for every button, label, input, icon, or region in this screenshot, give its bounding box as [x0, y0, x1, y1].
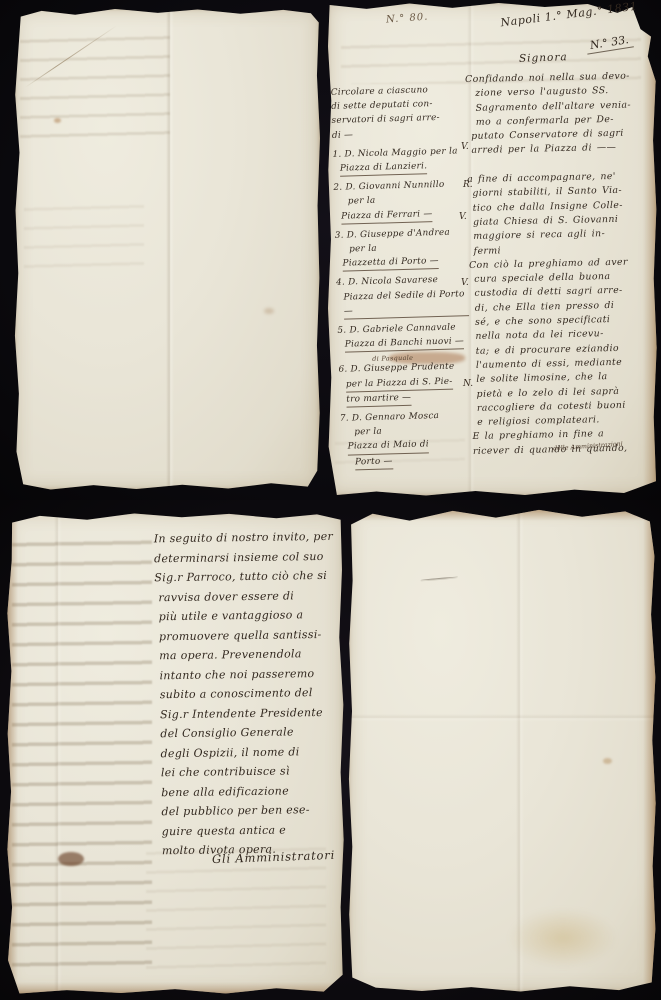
letter-continuation: In seguito di nostro invito, per determi… [154, 527, 345, 861]
manuscript-photographs: N.° 80. Napoli 1.° Mag.° 1831 N.° 33. Ci… [0, 0, 661, 1000]
circular-heading: Circolare a ciascuno di sette deputati c… [331, 82, 465, 142]
deputy-item: 4. D. Nicola Savarese Piazza del Sedile … [336, 273, 469, 320]
corner-fold-crease [25, 25, 117, 87]
piazza-name: Piazza di Banchi nuovi — [345, 335, 465, 354]
piazza-name: Piazza di Maio di [347, 438, 429, 455]
deputy-item: di Pasquale 6. D. Giuseppe Prudente per … [338, 354, 471, 408]
piazza-name: Porto — [355, 454, 393, 470]
foxing-spot [264, 308, 274, 314]
vertical-crease [54, 512, 62, 994]
piazza-name: tro martire — [346, 391, 411, 408]
deputy-item: 3. D. Giuseppe d'Andrea per la Piazzetta… [335, 225, 468, 272]
piazza-name: Piazzetta di Porto — [342, 254, 439, 272]
page-bottom-right-blank [348, 508, 656, 992]
piazza-name: Piazza del Sedile di Porto — [343, 287, 469, 320]
piazza-name: Piazza di Ferrari — [341, 207, 433, 225]
photo-top: N.° 80. Napoli 1.° Mag.° 1831 N.° 33. Ci… [0, 0, 661, 500]
piazza-name: per la Piazza di S. Pie- [346, 374, 453, 392]
bleedthrough-text [24, 198, 144, 278]
gutter-mark: V. [461, 278, 469, 288]
photo-bottom: In seguito di nostro invito, per determi… [0, 500, 661, 1000]
foxing-spot [54, 118, 61, 123]
piazza-name: Piazza di Lanzieri. [340, 159, 428, 177]
letter-body: Confidando noi nella sua devo- zione ver… [465, 69, 661, 459]
deputy-item: 2. D. Giovanni Nunnillo per la Piazza di… [333, 177, 466, 224]
deputy-item: 7. D. Gennaro Mosca per la Piazza di Mai… [340, 408, 474, 470]
edge-browning [643, 508, 656, 992]
bleedthrough-text [12, 532, 152, 972]
deputy-item: 1. D. Nicola Maggio per la Piazza di Lan… [332, 144, 465, 177]
vertical-crease [166, 8, 174, 490]
edge-browning [348, 508, 656, 521]
vertical-crease [516, 508, 524, 992]
yellow-stain [508, 908, 618, 968]
deputy-item: 5. D. Gabriele Cannavale Piazza di Banch… [337, 320, 470, 353]
deputy-list-column: Circolare a ciascuno di sette deputati c… [331, 82, 474, 474]
foxing-spot [603, 758, 612, 764]
page-top-left-blank [14, 8, 320, 490]
gutter-mark: V. [459, 212, 467, 222]
bleedthrough-text [20, 30, 170, 150]
letter-salutation: Signora [519, 51, 568, 65]
horizontal-crease [348, 714, 656, 722]
edge-browning [6, 512, 18, 994]
faint-pen-scribble [420, 576, 458, 580]
